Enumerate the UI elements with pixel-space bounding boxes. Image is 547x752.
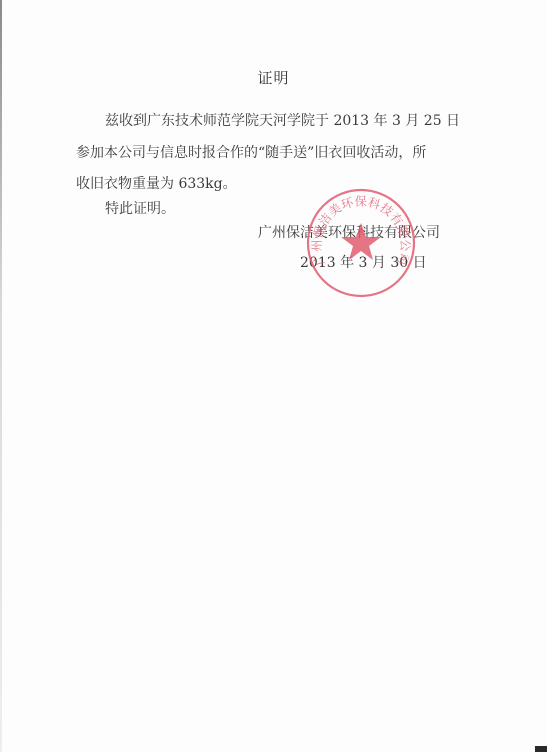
scan-edge (0, 0, 2, 752)
closing-text: 特此证明。 (105, 198, 175, 218)
signature-date: 2013 年 3 月 30 日 (300, 252, 427, 272)
body-line: 兹收到广东技术师范学院天河学院于 2013 年 3 月 25 日 (76, 106, 436, 138)
scan-corner-mark (535, 746, 547, 752)
signature-company: 广州保洁美环保科技有限公司 (258, 222, 440, 242)
document-title: 证明 (0, 67, 547, 88)
document-body: 兹收到广东技术师范学院天河学院于 2013 年 3 月 25 日 参加本公司与信… (76, 106, 436, 201)
company-seal: 广州保洁美环保科技有限公司 (305, 187, 417, 299)
body-line: 参加本公司与信息时报合作的“随手送”旧衣回收活动，所 (76, 138, 436, 170)
document-page: 证明 兹收到广东技术师范学院天河学院于 2013 年 3 月 25 日 参加本公… (0, 0, 547, 752)
body-line: 收旧衣物重量为 633kg。 (76, 169, 436, 201)
